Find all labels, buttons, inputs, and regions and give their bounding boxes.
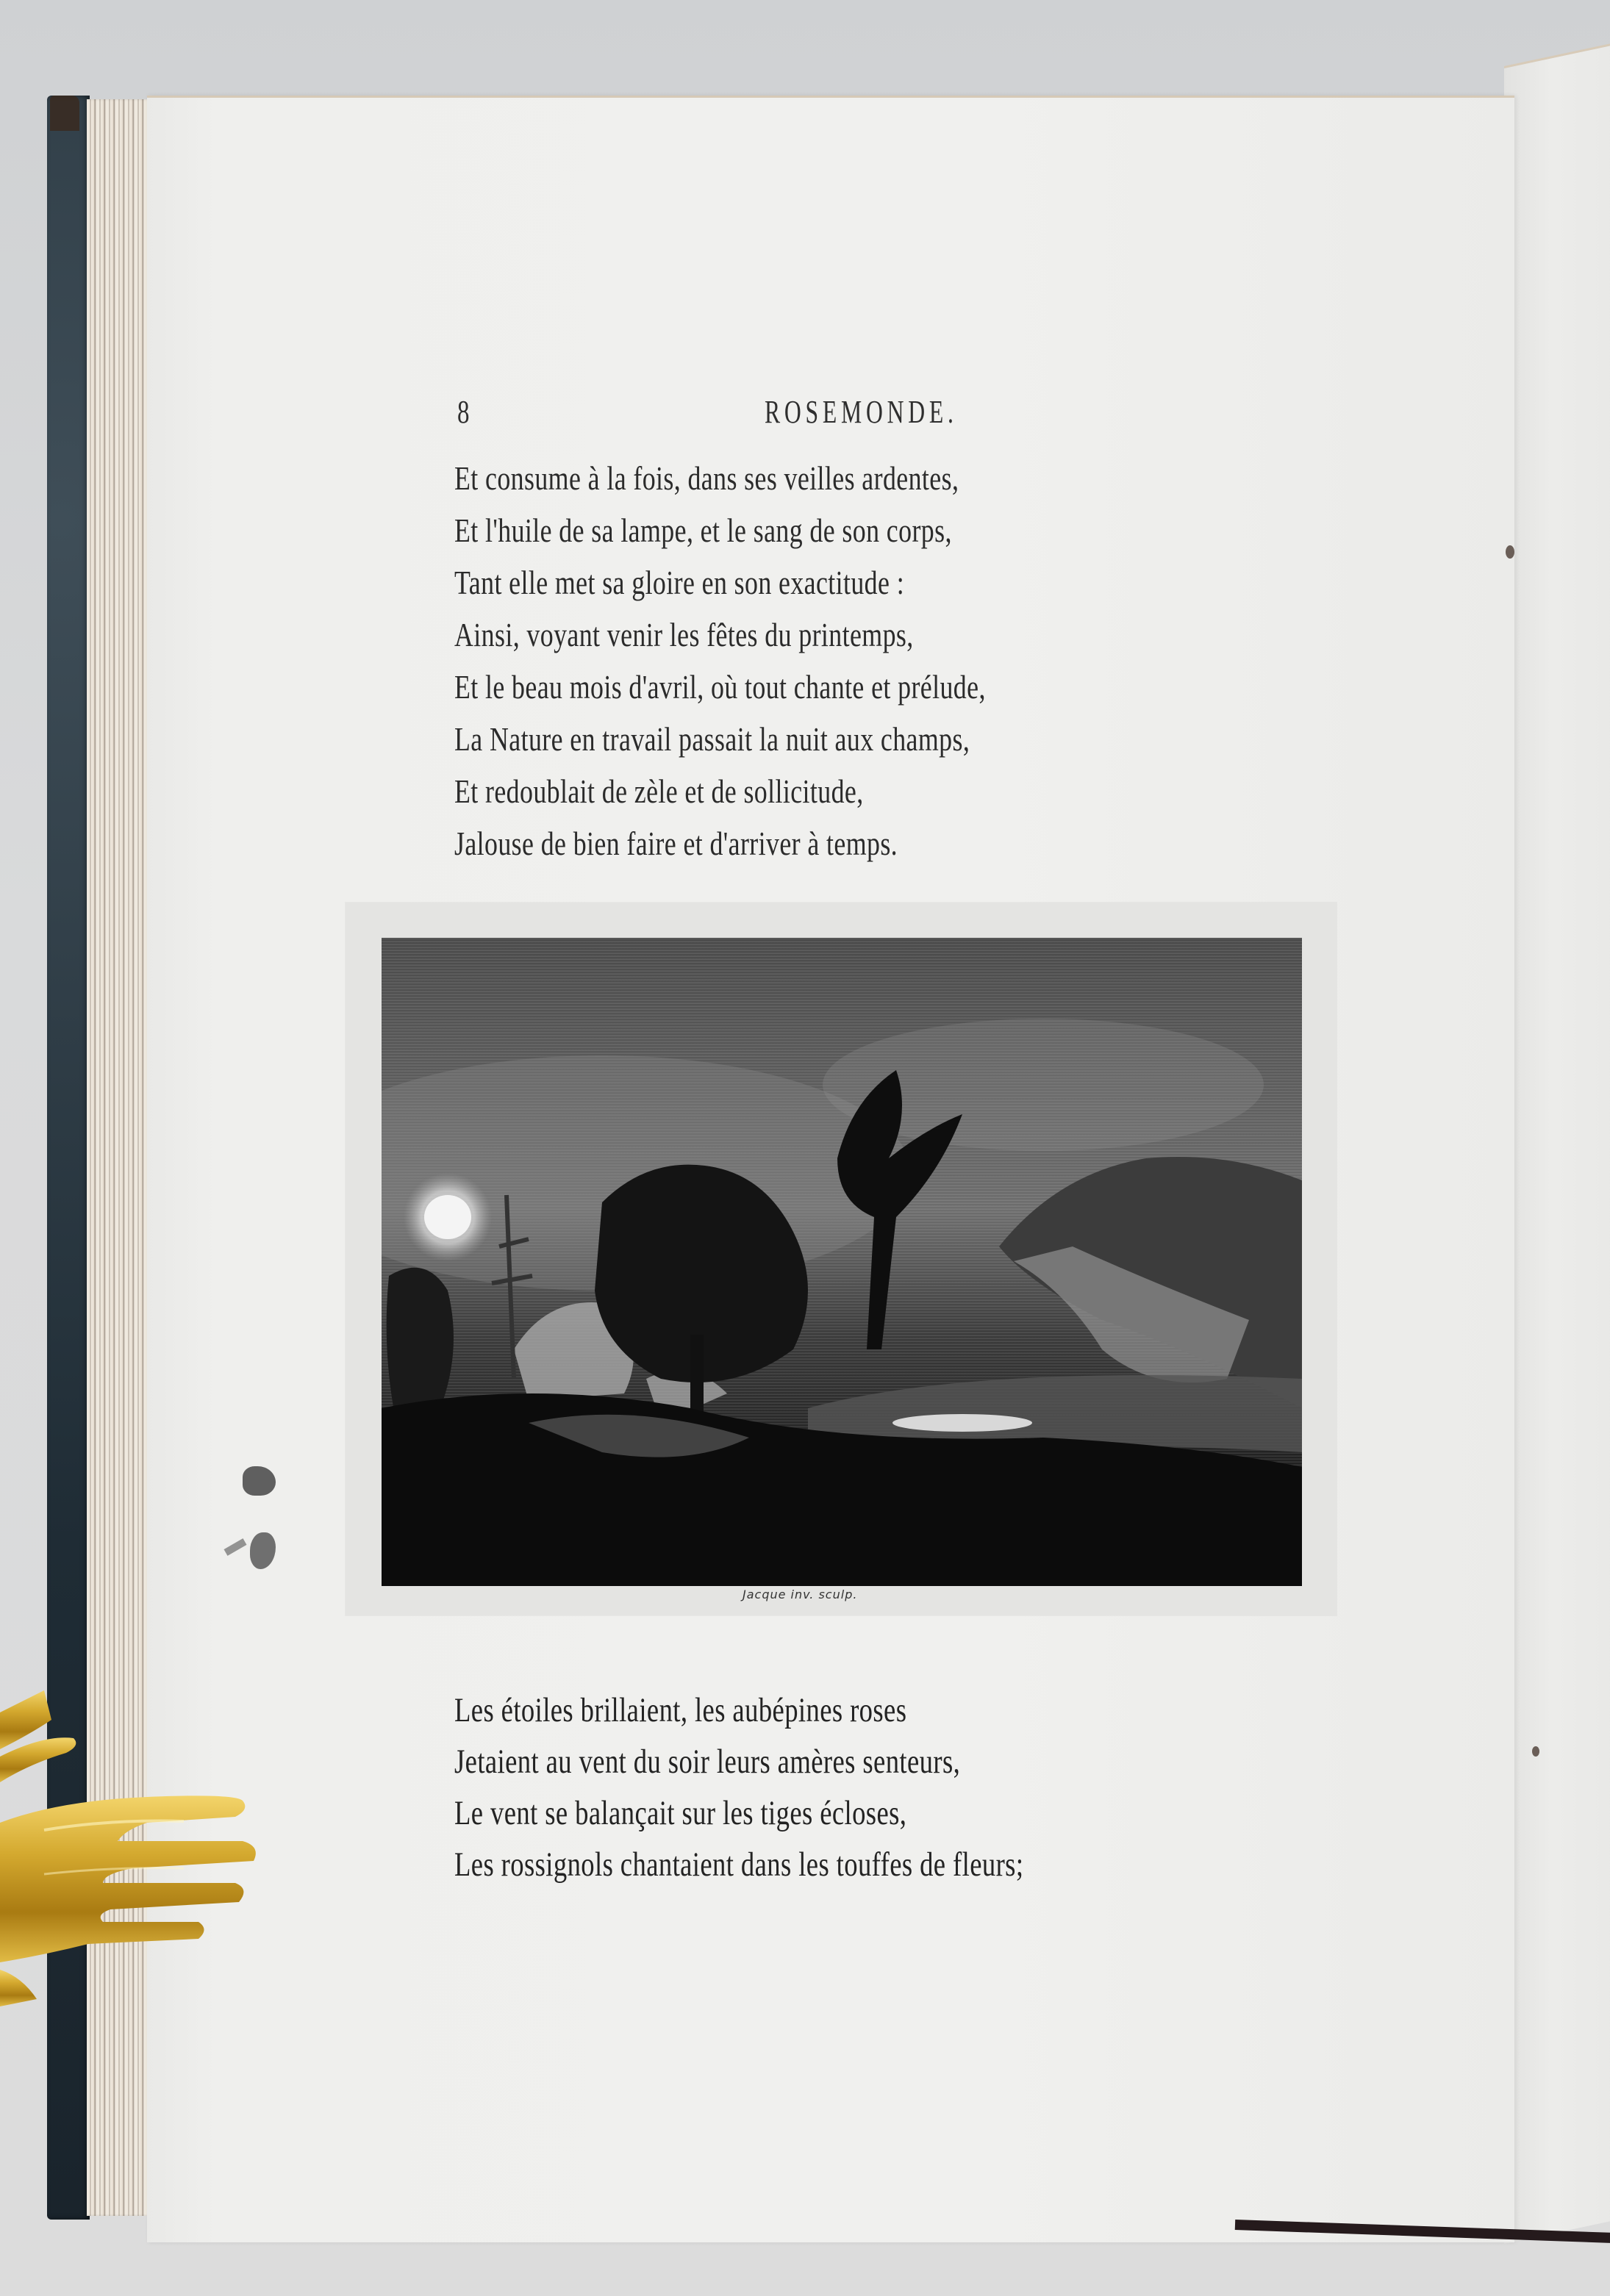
landscape-engraving-icon bbox=[382, 938, 1302, 1586]
stanza-top: Et consume à la fois, dans ses veilles a… bbox=[454, 452, 986, 869]
verse-line: Le vent se balançait sur les tiges éclos… bbox=[454, 1787, 1023, 1839]
book-photo: 8 ROSEMONDE. Et consume à la fois, dans … bbox=[0, 0, 1610, 2296]
verse-line: Ainsi, voyant venir les fêtes du printem… bbox=[454, 609, 986, 661]
paper-nick bbox=[1532, 1746, 1539, 1757]
brass-hand-bookholder-icon bbox=[0, 1654, 279, 2065]
verse-line: La Nature en travail passait la nuit aux… bbox=[454, 713, 986, 765]
verse-line: Jetaient au vent du soir leurs amères se… bbox=[454, 1736, 1023, 1787]
verse-line: Jalouse de bien faire et d'arriver à tem… bbox=[454, 817, 986, 869]
paper-nick bbox=[1506, 545, 1514, 559]
stanza-bottom: Les étoiles brillaient, les aubépines ro… bbox=[454, 1685, 1023, 1890]
page-number: 8 bbox=[457, 393, 470, 431]
running-title: ROSEMONDE. bbox=[765, 393, 958, 431]
verse-line: Les étoiles brillaient, les aubépines ro… bbox=[454, 1685, 1023, 1736]
engraver-signature: Jacque inv. sculp. bbox=[743, 1588, 857, 1601]
verse-line: Les rossignols chantaient dans les touff… bbox=[454, 1839, 1023, 1890]
facing-page bbox=[1504, 41, 1610, 2244]
verse-line: Et redoublait de zèle et de sollicitude, bbox=[454, 765, 986, 817]
running-head: 8 ROSEMONDE. bbox=[450, 393, 1009, 445]
verse-line: Et le beau mois d'avril, où tout chante … bbox=[454, 661, 986, 713]
verse-line: Et l'huile de sa lampe, et le sang de so… bbox=[454, 504, 986, 556]
verse-line: Tant elle met sa gloire en son exactitud… bbox=[454, 556, 986, 609]
engraving-illustration bbox=[382, 938, 1302, 1586]
ink-stain bbox=[210, 1452, 298, 1576]
verse-line: Et consume à la fois, dans ses veilles a… bbox=[454, 452, 986, 504]
